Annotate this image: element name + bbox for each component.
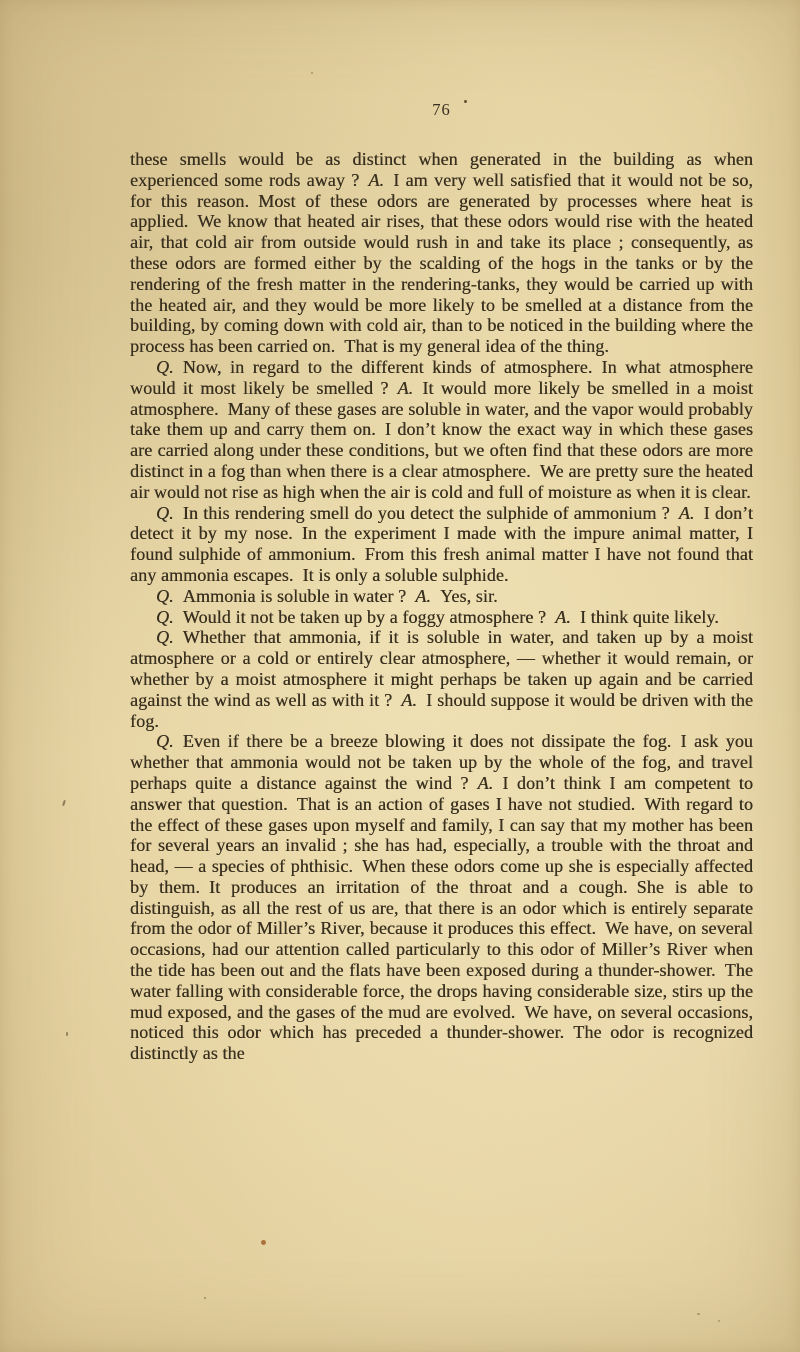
paragraph: these smells would be as distinct when g… [130, 149, 753, 357]
paragraph: Q. In this rendering smell do you detect… [130, 503, 753, 586]
speaker-label: A. [401, 690, 417, 710]
text-run: I am very well satisfied that it would n… [130, 170, 753, 356]
text-run: Yes, sir. [431, 586, 498, 606]
speaker-label: Q. [156, 586, 174, 606]
book-page: 76 these smells would be as distinct whe… [0, 0, 800, 1352]
speaker-label: A. [368, 170, 384, 190]
text-run: Ammonia is soluble in water ? [174, 586, 416, 606]
speaker-label: Q. [156, 731, 174, 751]
speaker-label: A. [398, 378, 414, 398]
paper-speck [718, 1320, 720, 1322]
text-run: Would it not be taken up by a foggy atmo… [174, 607, 555, 627]
paragraph: Q. Ammonia is soluble in water ? A. Yes,… [130, 586, 753, 607]
text-run: I don’t think I am competent to answer t… [130, 773, 753, 1063]
text-run: In this rendering smell do you detect th… [174, 503, 679, 523]
paragraph: Q. Whether that ammonia, if it is solubl… [130, 627, 753, 731]
text-run: I think quite likely. [571, 607, 719, 627]
speaker-label: A. [555, 607, 571, 627]
speaker-label: Q. [156, 357, 174, 377]
page-number: 76 [130, 100, 753, 120]
paper-speck [62, 800, 66, 806]
speaker-label: A. [478, 773, 494, 793]
speaker-label: Q. [156, 627, 174, 647]
paper-speck [66, 1032, 68, 1036]
paper-speck [204, 1297, 206, 1299]
speaker-label: Q. [156, 503, 174, 523]
paper-stain [261, 1240, 266, 1245]
paragraph: Q. Would it not be taken up by a foggy a… [130, 607, 753, 628]
ink-speck [464, 100, 467, 103]
paragraph: Q. Now, in regard to the different kinds… [130, 357, 753, 503]
speaker-label: A. [679, 503, 695, 523]
speaker-label: Q. [156, 607, 174, 627]
text-block: these smells would be as distinct when g… [130, 149, 753, 1064]
paper-speck [311, 72, 313, 74]
speaker-label: A. [415, 586, 431, 606]
paragraph: Q. Even if there be a breeze blowing it … [130, 731, 753, 1064]
paper-speck [697, 1313, 700, 1315]
